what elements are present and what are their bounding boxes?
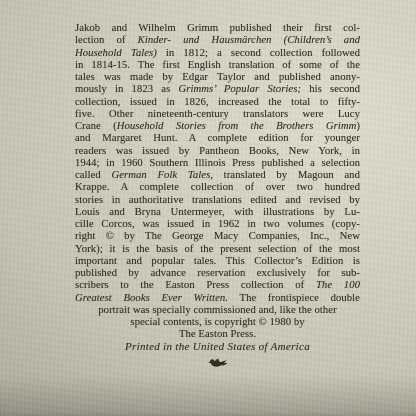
colophon-line: portrait was specially commissioned and,… [75, 304, 360, 316]
colophon-line: Krappe. A complete collection of over tw… [75, 181, 360, 193]
colophon-line: readers was issued by Pantheon Books, Ne… [75, 145, 360, 157]
colophon-line: cille Corcos, was issued in 1962 in two … [75, 218, 360, 230]
colophon-line: mously in 1823 as Grimms’ Popular Storie… [75, 83, 360, 95]
colophon-line: scribers to the Easton Press collection … [75, 279, 360, 291]
colophon-line: special contents, is copyright © 1980 by [75, 316, 360, 328]
colophon-line: important and popular tales. This Collec… [75, 255, 360, 267]
colophon-line: York); it is the basis of the present se… [75, 243, 360, 255]
book-page-photo: Jakob and Wilhelm Grimm published their … [0, 0, 416, 416]
colophon-line: stories in authoritative translations ed… [75, 194, 360, 206]
colophon-line: lection of Kinder- und Hausmärchen (Chil… [75, 34, 360, 46]
colophon-line: 1944; in 1960 Southern Illinois Press pu… [75, 157, 360, 169]
bird-ornament-icon [75, 357, 360, 369]
colophon-line: called German Folk Tales, translated by … [75, 169, 360, 181]
colophon-line: Jakob and Wilhelm Grimm published their … [75, 22, 360, 34]
colophon-line: published by advance reservation exclusi… [75, 267, 360, 279]
colophon-line: five. Other nineteenth-century translato… [75, 108, 360, 120]
colophon-text-block: Jakob and Wilhelm Grimm published their … [75, 22, 360, 341]
colophon-line: Household Tales) in 1812; a second colle… [75, 47, 360, 59]
colophon-line: tales was made by Edgar Taylor and publi… [75, 71, 360, 83]
colophon-line: in 1814-15. The first English translatio… [75, 59, 360, 71]
colophon-line: Louis and Bryna Untermeyer, with illustr… [75, 206, 360, 218]
colophon-line: right © by The George Macy Companies, In… [75, 230, 360, 242]
colophon-line: and Margaret Hunt. A complete edition fo… [75, 132, 360, 144]
printed-in-usa-line: Printed in the United States of America [75, 341, 360, 353]
colophon-line: collection, issued in 1826, increased th… [75, 96, 360, 108]
colophon-line: Greatest Books Ever Written. The frontis… [75, 292, 360, 304]
colophon-line: Crane (Household Stories from the Brothe… [75, 120, 360, 132]
colophon-line: The Easton Press. [75, 328, 360, 340]
